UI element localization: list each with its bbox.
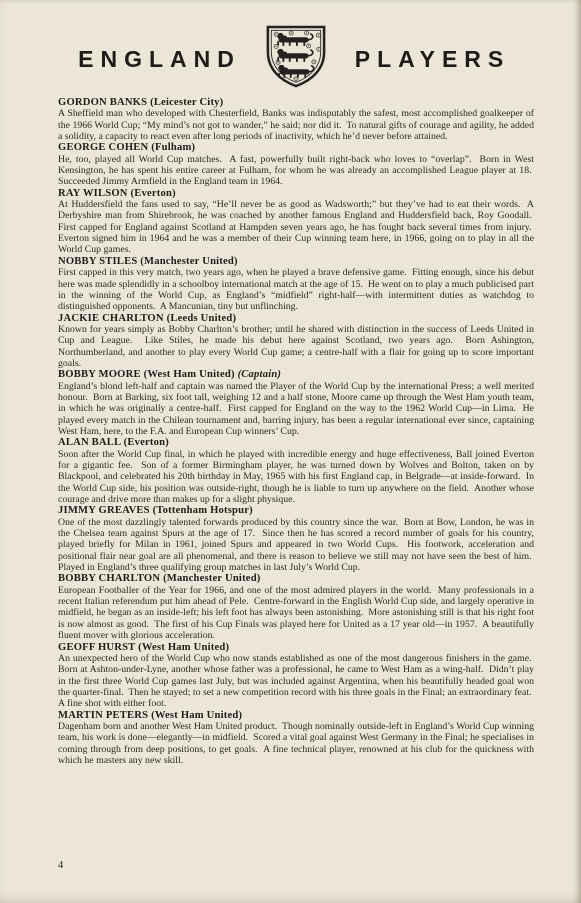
player-name: BOBBY CHARLTON [58,573,160,584]
player-captain-tag: (Captain) [238,369,282,380]
player-bio: Known for years simply as Bobby Charlton… [58,324,534,369]
player-name: NOBBY STILES [58,256,137,267]
player-heading: GEOFF HURST (West Ham United) [58,642,534,653]
player-club: (Leeds United) [167,313,237,324]
programme-page: ENGLAND [0,0,581,903]
player-name: GORDON BANKS [58,97,147,108]
player-entry: RAY WILSON (Everton) At Huddersfield the… [58,188,534,256]
player-bio: England’s blond left-half and captain wa… [58,381,534,438]
player-club: (Manchester United) [163,573,260,584]
player-club: (Tottenham Hotspur) [153,505,253,516]
player-heading: BOBBY CHARLTON (Manchester United) [58,573,534,584]
player-entry: ALAN BALL (Everton) Soon after the World… [58,437,534,505]
player-bio: An unexpected hero of the World Cup who … [58,653,534,710]
player-heading: JIMMY GREAVES (Tottenham Hotspur) [58,505,534,516]
player-entry: JACKIE CHARLTON (Leeds United) Known for… [58,313,534,370]
player-entry: NOBBY STILES (Manchester United) First c… [58,256,534,313]
player-club: (West Ham United) [151,710,242,721]
three-lions-crest-icon [265,25,327,94]
player-club: (Everton) [130,188,175,199]
player-name: BOBBY MOORE [58,369,141,380]
player-name: RAY WILSON [58,188,128,199]
player-heading: MARTIN PETERS (West Ham United) [58,710,534,721]
player-club: (West Ham United) [144,369,235,380]
player-bio: Soon after the World Cup final, in which… [58,449,534,506]
player-name: GEORGE COHEN [58,142,148,153]
header-title-england: ENGLAND [58,46,261,73]
player-name: ALAN BALL [58,437,121,448]
player-bio: Dagenham born and another West Ham Unite… [58,721,534,766]
player-club: (Leicester City) [150,97,223,108]
page-content: ENGLAND [58,26,534,766]
player-name: JIMMY GREAVES [58,505,150,516]
player-bio: At Huddersfield the fans used to say, “H… [58,199,534,256]
player-club: (Everton) [124,437,169,448]
player-heading: JACKIE CHARLTON (Leeds United) [58,313,534,324]
player-bio: A Sheffield man who developed with Chest… [58,108,534,142]
player-entry: GEOFF HURST (West Ham United) An unexpec… [58,642,534,710]
player-entry: GORDON BANKS (Leicester City) A Sheffiel… [58,97,534,142]
player-heading: GEORGE COHEN (Fulham) [58,142,534,153]
player-entry: MARTIN PETERS (West Ham United) Dagenham… [58,710,534,767]
player-bio: First capped in this very match, two yea… [58,267,534,312]
player-bio: He, too, played all World Cup matches. A… [58,154,534,188]
page-number: 4 [58,860,63,871]
masthead: ENGLAND [58,26,534,92]
player-heading: BOBBY MOORE (West Ham United) (Captain) [58,369,534,380]
player-entry: JIMMY GREAVES (Tottenham Hotspur) One of… [58,505,534,573]
header-title-players: PLAYERS [331,46,534,73]
player-name: MARTIN PETERS [58,710,148,721]
player-entry: BOBBY MOORE (West Ham United) (Captain) … [58,369,534,437]
players-list: GORDON BANKS (Leicester City) A Sheffiel… [58,97,534,766]
player-heading: GORDON BANKS (Leicester City) [58,97,534,108]
player-bio: One of the most dazzlingly talented forw… [58,517,534,574]
player-heading: RAY WILSON (Everton) [58,188,534,199]
player-heading: NOBBY STILES (Manchester United) [58,256,534,267]
player-entry: BOBBY CHARLTON (Manchester United) Europ… [58,573,534,641]
player-entry: GEORGE COHEN (Fulham) He, too, played al… [58,142,534,187]
player-heading: ALAN BALL (Everton) [58,437,534,448]
player-club: (Manchester United) [140,256,237,267]
player-bio: European Footballer of the Year for 1966… [58,585,534,642]
player-name: GEOFF HURST [58,642,135,653]
player-name: JACKIE CHARLTON [58,313,164,324]
player-club: (West Ham United) [138,642,229,653]
player-club: (Fulham) [151,142,195,153]
